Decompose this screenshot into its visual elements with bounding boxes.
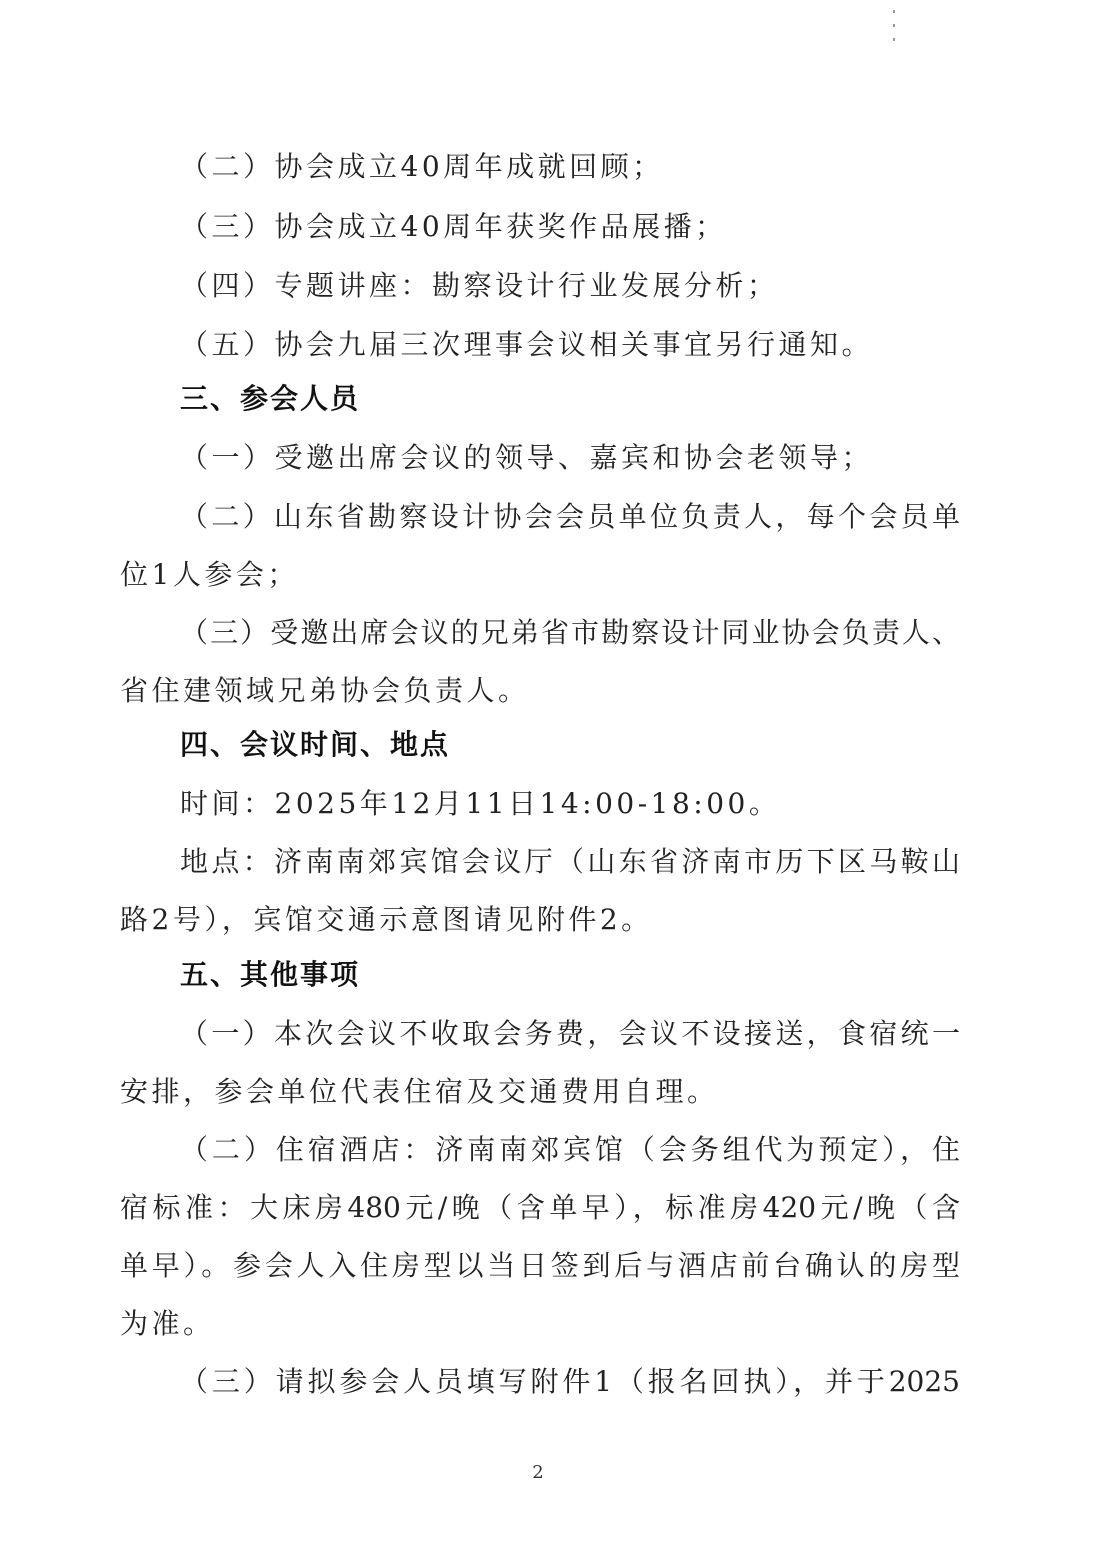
agenda-item-4: （四）专题讲座：勘察设计行业发展分析；: [180, 266, 1020, 306]
other-item-1: （一）本次会议不收取会务费，会议不设接送，食宿统一: [180, 1014, 960, 1054]
agenda-item-2: （二）协会成立40周年成就回顾；: [180, 147, 1020, 187]
other-item-2-cont-3: 为准。: [120, 1304, 960, 1344]
page-number: 2: [0, 1462, 1076, 1483]
other-item-2-cont-1: 宿标准：大床房480元/晚（含单早），标准房420元/晚（含: [120, 1188, 960, 1228]
meeting-time: 时间：2025年12月11日14:00-18:00。: [180, 784, 1020, 824]
other-item-1-cont: 安排，参会单位代表住宿及交通费用自理。: [120, 1072, 960, 1112]
section-heading-other: 五、其他事项: [180, 955, 1020, 995]
attendee-item-2-cont: 位1人参会；: [120, 555, 960, 595]
meeting-location-cont: 路2号），宾馆交通示意图请见附件2。: [120, 900, 960, 940]
scan-artifact: [892, 10, 896, 50]
meeting-location: 地点：济南南郊宾馆会议厅（山东省济南市历下区马鞍山: [180, 842, 960, 882]
section-heading-time-place: 四、会议时间、地点: [180, 725, 1020, 765]
section-heading-attendees: 三、参会人员: [180, 379, 1020, 419]
other-item-2-cont-2: 单早）。参会人入住房型以当日签到后与酒店前台确认的房型: [120, 1246, 960, 1286]
attendee-item-1: （一）受邀出席会议的领导、嘉宾和协会老领导；: [180, 438, 1020, 478]
attendee-item-2: （二）山东省勘察设计协会会员单位负责人，每个会员单: [180, 497, 960, 537]
attendee-item-3-cont: 省住建领域兄弟协会负责人。: [120, 671, 960, 711]
agenda-item-5: （五）协会九届三次理事会议相关事宜另行通知。: [180, 325, 1020, 365]
other-item-2: （二）住宿酒店：济南南郊宾馆（会务组代为预定），住: [180, 1130, 960, 1170]
document-page: （二）协会成立40周年成就回顾； （三）协会成立40周年获奖作品展播； （四）专…: [0, 0, 1096, 1560]
other-item-3: （三）请拟参会人员填写附件1（报名回执），并于2025: [180, 1362, 960, 1402]
attendee-item-3: （三）受邀出席会议的兄弟省市勘察设计同业协会负责人、: [180, 613, 960, 653]
agenda-item-3: （三）协会成立40周年获奖作品展播；: [180, 207, 1020, 247]
